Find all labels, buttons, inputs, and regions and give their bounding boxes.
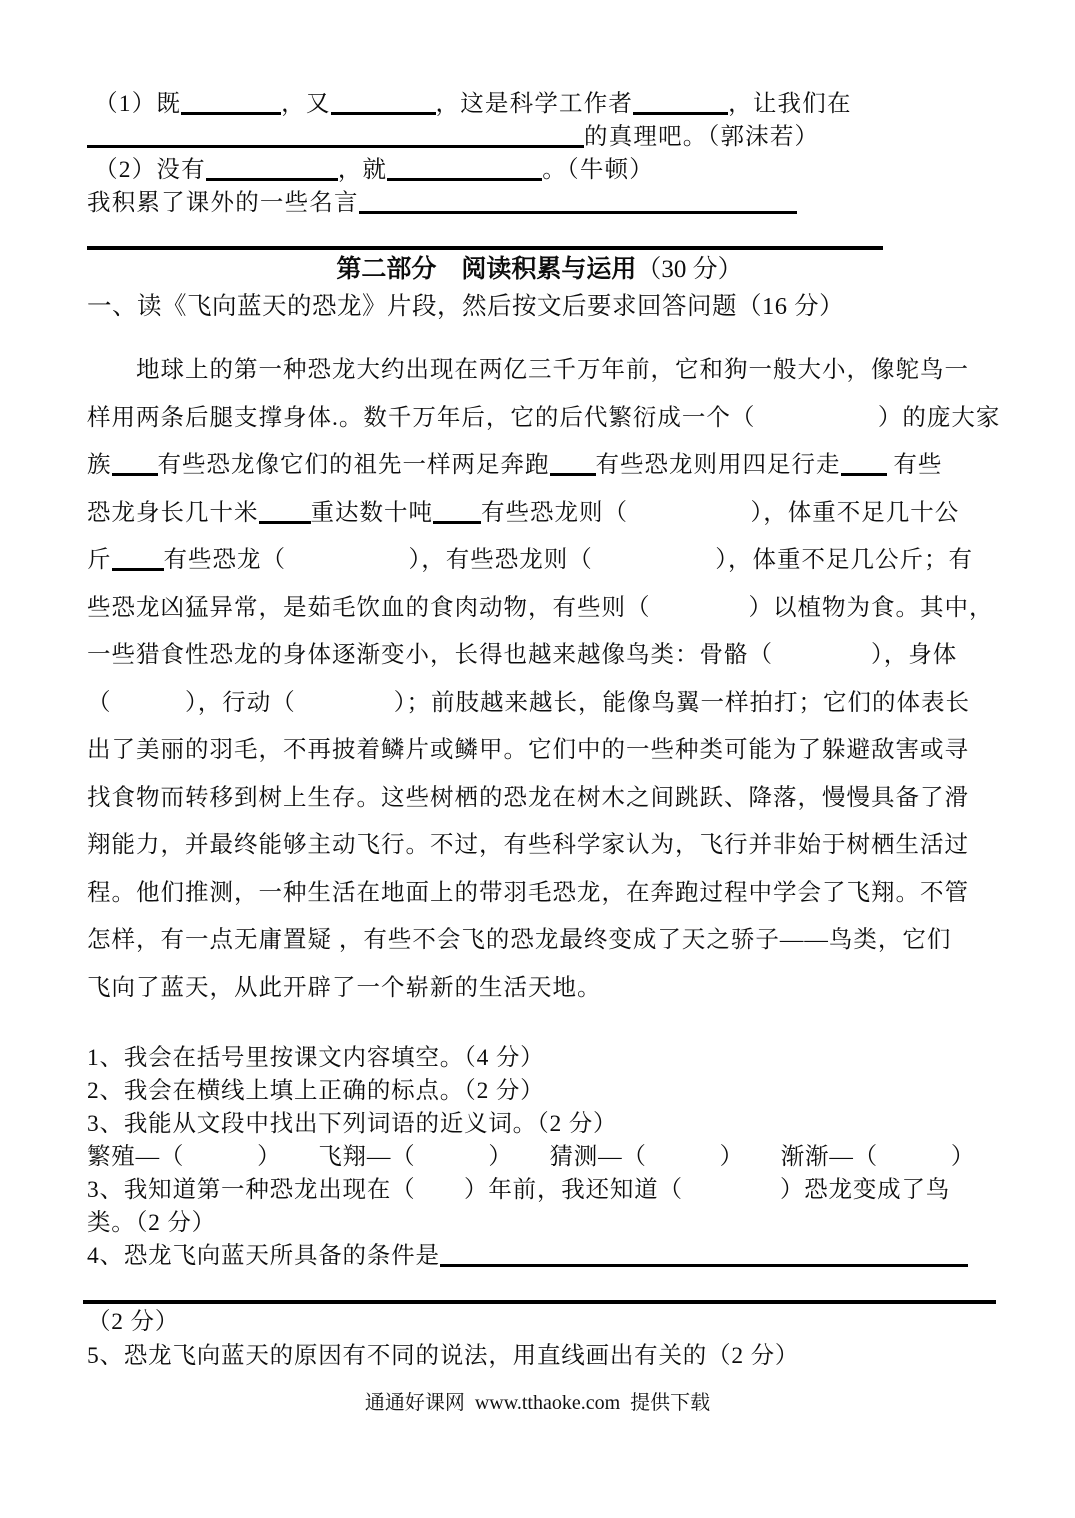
text-run: 繁殖—（ ） 飞翔—（ ） 猜测—（ ） 渐渐—（ ） — [87, 1144, 975, 1170]
section-one-instruction: 一、读《飞向蓝天的恐龙》片段，然后按文后要求回答问题（16 分） — [87, 290, 1027, 324]
text-line: 样用两条后腿支撑身体.。数千万年后，它的后代繁衍成一个（ ）的庞大家 — [87, 395, 1002, 443]
text-line: 5、恐龙飞向蓝天的原因有不同的说法，用直线画出有关的（2 分） — [87, 1340, 1002, 1374]
answer-blank — [181, 98, 281, 115]
text-run: 我积累了课外的一些名言 — [87, 190, 359, 216]
answer-blank — [387, 164, 542, 181]
text-run: 些恐龙凶猛异常，是茹毛饮血的食肉动物，有些则（ ）以植物为食。其中， — [87, 595, 994, 621]
text-run: ，又 — [281, 91, 330, 117]
text-run: 飞向了蓝天，从此开辟了一个崭新的生活天地。 — [87, 975, 602, 1001]
text-run: 2、我会在横线上填上正确的标点。（2 分） — [87, 1078, 544, 1104]
answer-blank — [112, 459, 158, 476]
answer-blank — [87, 131, 584, 148]
text-line: 出了美丽的羽毛，不再披着鳞片或鳞甲。它们中的一些种类可能为了躲避敌害或寻 — [87, 727, 1002, 775]
answer-blank — [841, 459, 887, 476]
text-run: 有些 — [887, 452, 943, 478]
text-line: 恐龙身长几十米重达数十吨有些恐龙则（ ），体重不足几十公 — [87, 490, 1002, 538]
text-line: 程。他们推测，一种生活在地面上的带羽毛恐龙，在奔跑过程中学会了飞翔。不管 — [87, 870, 1002, 918]
text-line: 类。（2 分） — [87, 1207, 1002, 1240]
text-line: 怎样，有一点无庸置疑 ，有些不会飞的恐龙最终变成了天之骄子——鸟类，它们 — [87, 917, 1002, 965]
answer-blank — [331, 98, 436, 115]
text-run: （2）没有 — [87, 157, 206, 183]
answer-blank — [112, 554, 164, 571]
text-line: 2、我会在横线上填上正确的标点。（2 分） — [87, 1075, 1002, 1108]
text-line: 1、我会在括号里按课文内容填空。（4 分） — [87, 1042, 1002, 1075]
question-list-continued: （2 分）5、恐龙飞向蓝天的原因有不同的说法，用直线画出有关的（2 分） — [87, 1306, 1002, 1373]
text-run: 出了美丽的羽毛，不再披着鳞片或鳞甲。它们中的一些种类可能为了躲避敌害或寻 — [87, 737, 969, 763]
text-run: 4、恐龙飞向蓝天所具备的条件是 — [87, 1243, 440, 1269]
text-line: 地球上的第一种恐龙大约出现在两亿三千万年前，它和狗一般大小，像鸵鸟一 — [87, 347, 1002, 395]
text-line: 翔能力，并最终能够主动飞行。不过，有些科学家认为，飞行并非始于树栖生活过 — [87, 822, 1002, 870]
text-run: 有些恐龙（ ），有些恐龙则（ ），体重不足几公斤；有 — [164, 547, 974, 573]
text-line: （2 分） — [87, 1306, 1002, 1340]
text-run: 类。（2 分） — [87, 1210, 216, 1236]
text-run: 1、我会在括号里按课文内容填空。（4 分） — [87, 1045, 544, 1071]
part2-heading-title: 第二部分 阅读积累与运用 — [336, 256, 636, 283]
text-run: 一些猎食性恐龙的身体逐渐变小，长得也越来越像鸟类：骨骼（ ），身体 — [87, 642, 957, 668]
answer-blank — [259, 507, 311, 524]
text-run: ，就 — [338, 157, 387, 183]
text-run: （2 分） — [87, 1309, 179, 1335]
text-run: ，这是科学工作者 — [436, 91, 634, 117]
text-line: 斤有些恐龙（ ），有些恐龙则（ ），体重不足几公斤；有 — [87, 537, 1002, 585]
question-list: 1、我会在括号里按课文内容填空。（4 分）2、我会在横线上填上正确的标点。（2 … — [87, 1042, 1002, 1273]
text-run: 。（牛顿） — [542, 157, 654, 183]
text-line: 3、我能从文段中找出下列词语的近义词。（2 分） — [87, 1108, 1002, 1141]
text-line: 找食物而转移到树上生存。这些树栖的恐龙在树木之间跳跃、降落，慢慢具备了滑 — [87, 775, 1002, 823]
answer-blank — [440, 1250, 968, 1267]
text-line: （ ），行动（ ）；前肢越来越长，能像鸟翼一样拍打；它们的体表长 — [87, 680, 1002, 728]
answer-blank — [206, 164, 338, 181]
text-run: 族 — [87, 452, 112, 478]
exam-worksheet-page: （1）既，又，这是科学工作者，让我们在的真理吧。（郭沫若） （2）没有，就。（牛… — [0, 0, 1075, 1518]
text-run: 有些恐龙像它们的祖先一样两足奔跑 — [158, 452, 550, 478]
text-run: （1）既 — [87, 91, 181, 117]
text-run: 的真理吧。（郭沫若） — [584, 124, 819, 150]
answer-blank — [550, 459, 596, 476]
text-run: ，让我们在 — [728, 91, 852, 117]
text-run: 3、我知道第一种恐龙出现在（ ）年前，我还知道（ ）恐龙变成了鸟 — [87, 1177, 950, 1203]
text-run: 3、我能从文段中找出下列词语的近义词。（2 分） — [87, 1111, 617, 1137]
text-run: （ ），行动（ ）；前肢越来越长，能像鸟翼一样拍打；它们的体表长 — [87, 690, 970, 716]
text-line: （2）没有，就。（牛顿） — [87, 154, 997, 187]
text-run: 翔能力，并最终能够主动飞行。不过，有些科学家认为，飞行并非始于树栖生活过 — [87, 832, 969, 858]
text-run: 找食物而转移到树上生存。这些树栖的恐龙在树木之间跳跃、降落，慢慢具备了滑 — [87, 785, 969, 811]
part2-heading: 第二部分 阅读积累与运用（30 分） — [87, 252, 992, 288]
site-footer: 通通好课网 www.tthaoke.com 提供下载 — [0, 1390, 1075, 1416]
answer-blank — [433, 507, 481, 524]
reading-passage: 地球上的第一种恐龙大约出现在两亿三千万年前，它和狗一般大小，像鸵鸟一样用两条后腿… — [87, 347, 1002, 1012]
text-line: 3、我知道第一种恐龙出现在（ ）年前，我还知道（ ）恐龙变成了鸟 — [87, 1174, 1002, 1207]
text-run: 重达数十吨 — [311, 500, 434, 526]
text-run: 样用两条后腿支撑身体.。数千万年后，它的后代繁衍成一个（ ）的庞大家 — [87, 405, 1000, 431]
text-line: 飞向了蓝天，从此开辟了一个崭新的生活天地。 — [87, 965, 1002, 1013]
text-run: 有些恐龙则用四足行走 — [596, 452, 841, 478]
part2-heading-score: （30 分） — [636, 256, 742, 283]
part1-famous-quotes-fill-in: （1）既，又，这是科学工作者，让我们在的真理吧。（郭沫若） （2）没有，就。（牛… — [87, 88, 997, 220]
text-line: 一些猎食性恐龙的身体逐渐变小，长得也越来越像鸟类：骨骼（ ），身体 — [87, 632, 1002, 680]
text-run: 地球上的第一种恐龙大约出现在两亿三千万年前，它和狗一般大小，像鸵鸟一 — [87, 357, 969, 383]
text-run: 怎样，有一点无庸置疑 ，有些不会飞的恐龙最终变成了天之骄子——鸟类，它们 — [87, 927, 951, 953]
text-line: 的真理吧。（郭沫若） — [87, 121, 997, 154]
answer-blank — [633, 98, 728, 115]
text-line: 族有些恐龙像它们的祖先一样两足奔跑有些恐龙则用四足行走 有些 — [87, 442, 1002, 490]
section-divider-bottom — [83, 1300, 996, 1304]
text-line: （1）既，又，这是科学工作者，让我们在 — [87, 88, 997, 121]
text-line: 繁殖—（ ） 飞翔—（ ） 猜测—（ ） 渐渐—（ ） — [87, 1141, 1002, 1174]
text-line: 些恐龙凶猛异常，是茹毛饮血的食肉动物，有些则（ ）以植物为食。其中， — [87, 585, 1002, 633]
text-line: 我积累了课外的一些名言 — [87, 187, 997, 220]
text-run: 有些恐龙则（ ），体重不足几十公 — [481, 500, 959, 526]
text-run: 5、恐龙飞向蓝天的原因有不同的说法，用直线画出有关的（2 分） — [87, 1343, 799, 1369]
text-run: 程。他们推测，一种生活在地面上的带羽毛恐龙，在奔跑过程中学会了飞翔。不管 — [87, 880, 969, 906]
text-line: 4、恐龙飞向蓝天所具备的条件是 — [87, 1240, 1002, 1273]
text-run: 恐龙身长几十米 — [87, 500, 259, 526]
answer-blank — [359, 197, 797, 214]
section-divider-top — [87, 246, 883, 250]
text-run: 斤 — [87, 547, 112, 573]
